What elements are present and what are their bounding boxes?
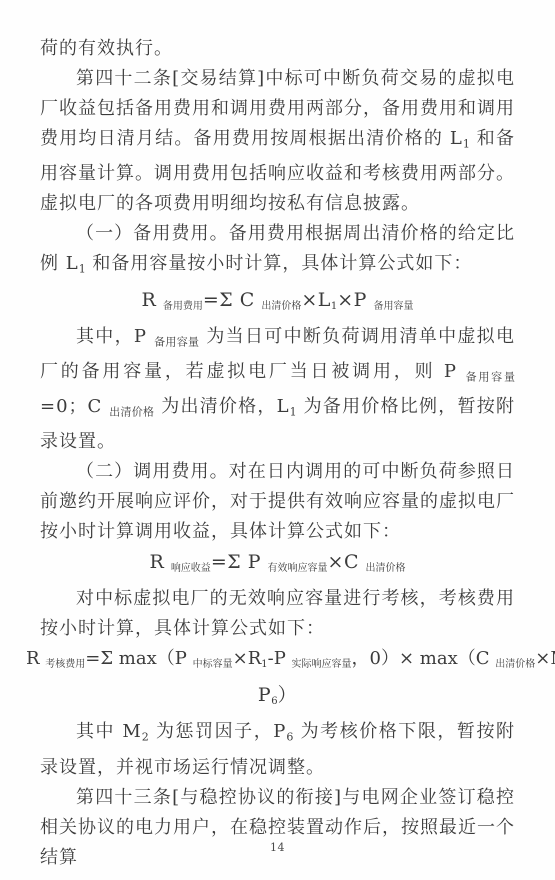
formula: R 备用费用=Σ C 出清价格×L1×P 备用容量 bbox=[40, 285, 515, 322]
text-segment: -P bbox=[268, 648, 292, 669]
formula: P6） bbox=[40, 680, 515, 717]
text-segment: =Σ max（P bbox=[85, 648, 192, 669]
paragraph: 第四十三条[与稳控协议的衔接]与电网企业签订稳控相关协议的电力用户，在稳控装置动… bbox=[40, 783, 515, 873]
formula-subscript: 1 bbox=[463, 137, 470, 150]
formula-subscript: 出清价格 bbox=[495, 659, 535, 670]
paragraph: 第四十二条[交易结算]中标可中断负荷交易的虚拟电厂收益包括备用费用和调用费用两部… bbox=[40, 64, 515, 219]
paragraph: 其中，P 备用容量 为当日可中断负荷调用清单中虚拟电厂的备用容量，若虚拟电厂当日… bbox=[40, 322, 515, 458]
paragraph: 其中 M2 为惩罚因子，P6 为考核价格下限，暂按附录设置，并视市场运行情况调整… bbox=[40, 717, 515, 782]
formula-subscript: 出清价格 bbox=[261, 301, 301, 312]
text-segment: 为出清价格，L bbox=[154, 396, 289, 417]
text-segment: =Σ P bbox=[211, 551, 268, 573]
page-number: 14 bbox=[0, 841, 555, 854]
document-body: 荷的有效执行。第四十二条[交易结算]中标可中断负荷交易的虚拟电厂收益包括备用费用… bbox=[40, 34, 515, 873]
text-segment: 第四十三条[与稳控协议的衔接]与电网企业签订稳控相关协议的电力用户，在稳控装置动… bbox=[40, 787, 515, 868]
formula-subscript: 1 bbox=[290, 405, 297, 418]
formula-subscript: 2 bbox=[142, 731, 149, 744]
formula-subscript: 备用容量 bbox=[466, 370, 515, 383]
formula-subscript: 出清价格 bbox=[109, 405, 154, 418]
formula-subscript: 有效响应容量 bbox=[268, 563, 328, 574]
formula-subscript: 备用容量 bbox=[154, 335, 199, 348]
formula-subscript: 考核费用 bbox=[45, 659, 85, 670]
text-segment: （二）调用费用。对在日内调用的可中断负荷参照日前邀约开展响应评价，对于提供有效响… bbox=[40, 461, 515, 542]
text-segment: 对中标虚拟电厂的无效响应容量进行考核，考核费用按小时计算，具体计算公式如下： bbox=[40, 588, 515, 639]
text-segment: ×L bbox=[301, 289, 331, 311]
text-segment: P bbox=[258, 684, 271, 706]
text-segment: R bbox=[26, 648, 45, 669]
text-segment: =Σ C bbox=[203, 289, 261, 311]
text-segment: ×R bbox=[233, 648, 262, 669]
text-segment: R bbox=[141, 289, 162, 311]
document-page: 荷的有效执行。第四十二条[交易结算]中标可中断负荷交易的虚拟电厂收益包括备用费用… bbox=[0, 0, 555, 880]
text-segment: 和备用容量按小时计算，具体计算公式如下： bbox=[86, 253, 473, 274]
paragraph: （二）调用费用。对在日内调用的可中断负荷参照日前邀约开展响应评价，对于提供有效响… bbox=[40, 457, 515, 547]
text-segment: ，0）× max（C bbox=[352, 648, 496, 669]
formula: R 响应收益=Σ P 有效响应容量×C 出清价格 bbox=[40, 547, 515, 584]
text-segment: ） bbox=[278, 684, 298, 706]
paragraph: （一）备用费用。备用费用根据周出清价格的给定比例 L1 和备用容量按小时计算，具… bbox=[40, 219, 515, 284]
formula-subscript: 响应收益 bbox=[171, 563, 211, 574]
text-segment: 其中 M bbox=[76, 721, 142, 742]
paragraph: 荷的有效执行。 bbox=[40, 34, 515, 64]
text-segment: 为惩罚因子，P bbox=[149, 721, 287, 742]
formula-subscript: 备用容量 bbox=[374, 301, 414, 312]
formula-subscript: 实际响应容量 bbox=[292, 659, 352, 670]
text-segment: 荷的有效执行。 bbox=[40, 38, 173, 59]
formula-subscript: 出清价格 bbox=[366, 563, 406, 574]
formula-subscript: 中标容量 bbox=[193, 659, 233, 670]
formula: R 考核费用=Σ max（P 中标容量×R1-P 实际响应容量，0）× max（… bbox=[26, 644, 529, 680]
text-segment: ×M bbox=[535, 648, 555, 669]
formula-subscript: 1 bbox=[79, 263, 86, 276]
paragraph: 对中标虚拟电厂的无效响应容量进行考核，考核费用按小时计算，具体计算公式如下： bbox=[40, 584, 515, 644]
text-segment: =0；C bbox=[40, 396, 109, 417]
text-segment: R bbox=[149, 551, 170, 573]
formula-subscript: 备用费用 bbox=[163, 301, 203, 312]
text-segment: ×P bbox=[337, 289, 373, 311]
text-segment: 其中，P bbox=[76, 326, 154, 347]
text-segment: 第四十二条[交易结算]中标可中断负荷交易的虚拟电厂收益包括备用费用和调用费用两部… bbox=[40, 68, 515, 149]
text-segment: ×C bbox=[328, 551, 366, 573]
